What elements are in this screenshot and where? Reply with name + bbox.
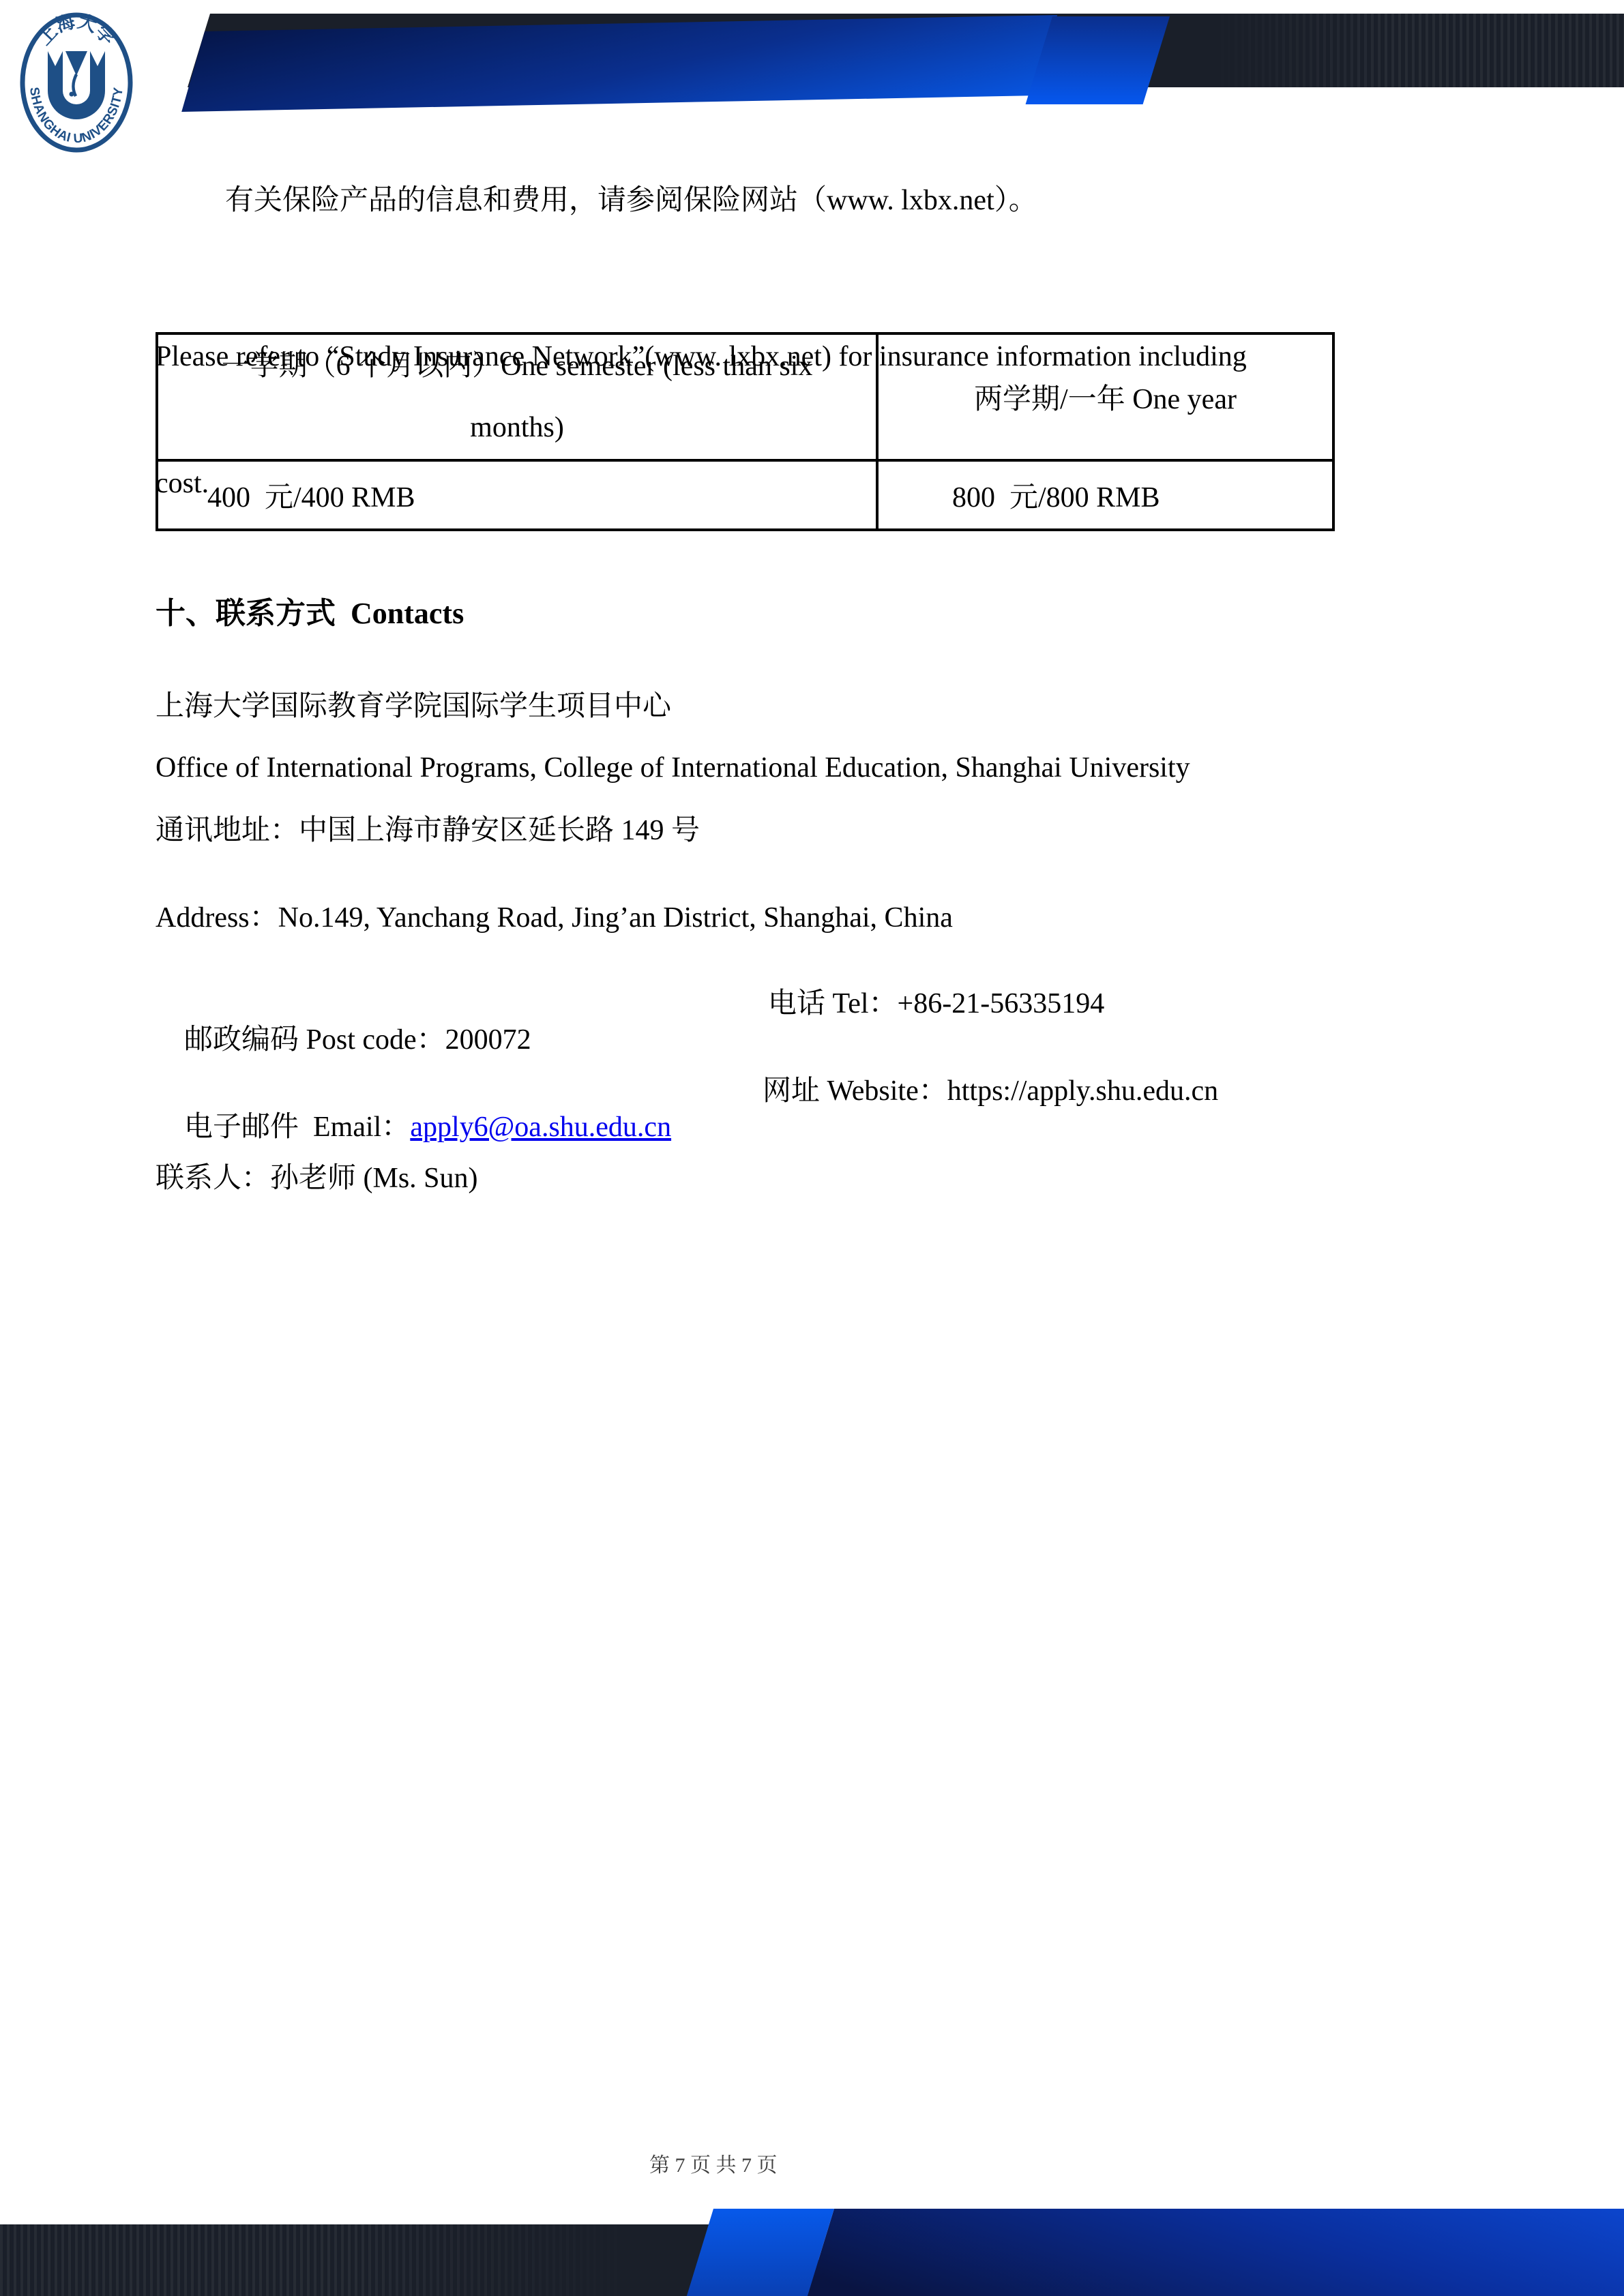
table-cell-semester-fee: 400 元/400 RMB <box>157 460 877 530</box>
postcode-line: 邮政编码 Post code：200072 <box>184 1024 531 1056</box>
table-cell-year-fee: 800 元/800 RMB <box>877 460 1333 530</box>
contact-person-line: 联系人：孙老师 (Ms. Sun) <box>156 1161 478 1197</box>
email-link[interactable]: apply6@oa.shu.edu.cn <box>410 1112 671 1143</box>
document-page: 上海大学 SHANGHAI UNIVERSITY 有关保险产品的信息和费用，请参… <box>0 0 1624 2296</box>
email-label: 电子邮件 Email： <box>184 1112 410 1143</box>
bottom-banner-pinstripes <box>0 2224 648 2296</box>
mailing-address-cn: 通讯地址：中国上海市静安区延长路 149 号 <box>156 813 700 849</box>
table-header-one-semester: 一学期（6 个月以内）One semester (less than six m… <box>157 333 877 460</box>
bottom-banner-navy-parallelogram <box>808 2209 1624 2296</box>
organization-name-cn: 上海大学国际教育学院国际学生项目中心 <box>156 689 671 725</box>
table-header-row: 一学期（6 个月以内）One semester (less than six m… <box>157 333 1333 460</box>
contacts-heading: 十、联系方式 Contacts <box>156 595 464 632</box>
mailing-address-en: Address：No.149, Yanchang Road, Jing’an D… <box>156 900 953 936</box>
insurance-info-line-cn: 有关保险产品的信息和费用，请参阅保险网站（www. lxbx.net）。 <box>225 183 1037 219</box>
tel-line: 电话 Tel：+86-21-56335194 <box>768 986 1104 1022</box>
organization-name-en: Office of International Programs, Colleg… <box>156 750 1190 786</box>
website-line: 网址 Website：https://apply.shu.edu.cn <box>763 1073 1218 1109</box>
top-banner-blue-parallelogram <box>181 15 1057 112</box>
table-header-one-year: 两学期/一年 One year <box>877 333 1333 460</box>
table-value-row: 400 元/400 RMB 800 元/800 RMB <box>157 460 1333 530</box>
shanghai-university-logo: 上海大学 SHANGHAI UNIVERSITY <box>18 12 134 155</box>
insurance-fee-table: 一学期（6 个月以内）One semester (less than six m… <box>156 332 1335 531</box>
top-banner-pinstripes <box>1200 14 1624 87</box>
page-number-indicator: 第 7 页 共 7 页 <box>649 2148 778 2178</box>
